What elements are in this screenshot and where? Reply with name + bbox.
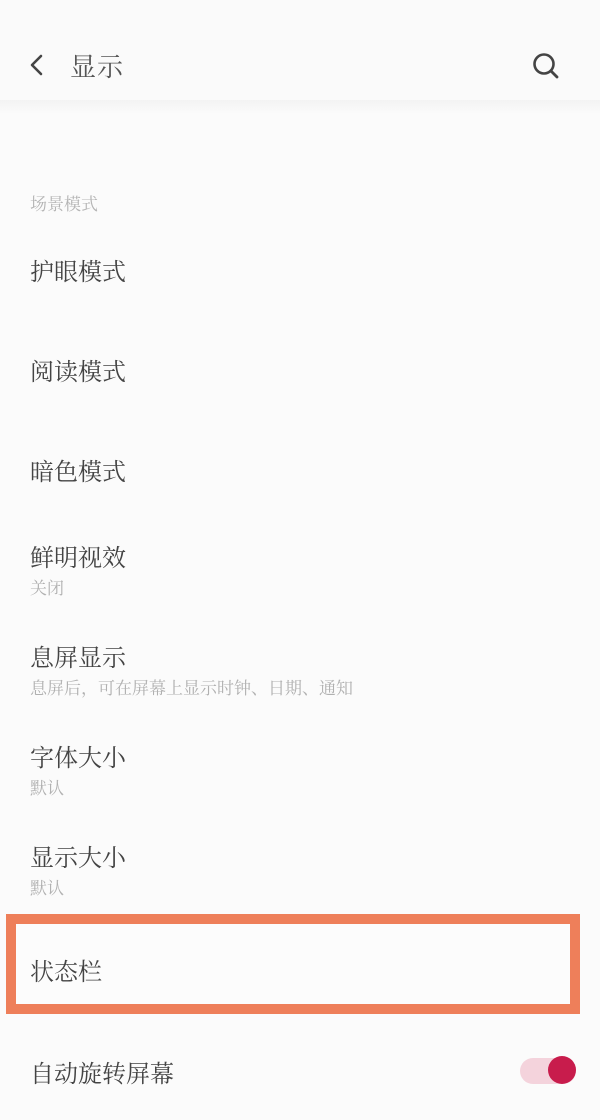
item-label: 显示大小 xyxy=(30,838,126,873)
toggle-knob xyxy=(548,1056,576,1084)
item-subtitle: 默认 xyxy=(30,774,64,799)
item-label: 自动旋转屏幕 xyxy=(30,1054,174,1089)
list-item-font-size[interactable]: 字体大小 默认 xyxy=(0,730,600,810)
list-item-reading-mode[interactable]: 阅读模式 xyxy=(0,330,600,410)
item-label: 护眼模式 xyxy=(30,252,126,287)
list-item-always-on-display[interactable]: 息屏显示 息屏后，可在屏幕上显示时钟、日期、通知 xyxy=(0,630,600,710)
search-button[interactable] xyxy=(528,48,564,84)
list-item-auto-rotate[interactable]: 自动旋转屏幕 xyxy=(0,1030,600,1110)
list-item-status-bar[interactable]: 状态栏 xyxy=(0,924,600,1004)
header-divider xyxy=(0,100,600,114)
item-label: 鲜明视效 xyxy=(30,538,126,573)
section-label-scene-mode: 场景模式 xyxy=(30,190,98,215)
item-label: 字体大小 xyxy=(30,738,126,773)
list-item-display-size[interactable]: 显示大小 默认 xyxy=(0,830,600,910)
item-label: 暗色模式 xyxy=(30,452,126,487)
item-subtitle: 默认 xyxy=(30,874,64,899)
item-subtitle: 关闭 xyxy=(30,574,64,599)
page-title: 显示 xyxy=(70,47,124,84)
list-item-vivid-effect[interactable]: 鲜明视效 关闭 xyxy=(0,530,600,610)
app-header: 显示 xyxy=(0,0,600,100)
item-label: 阅读模式 xyxy=(30,352,126,387)
back-button[interactable] xyxy=(22,50,52,80)
auto-rotate-toggle[interactable] xyxy=(520,1052,580,1088)
item-label: 息屏显示 xyxy=(30,638,126,673)
list-item-eye-care-mode[interactable]: 护眼模式 xyxy=(0,230,600,310)
chevron-left-icon xyxy=(27,53,47,77)
list-item-dark-mode[interactable]: 暗色模式 xyxy=(0,430,600,510)
search-icon xyxy=(531,51,561,81)
item-label: 状态栏 xyxy=(30,952,102,987)
item-subtitle: 息屏后，可在屏幕上显示时钟、日期、通知 xyxy=(30,674,353,699)
